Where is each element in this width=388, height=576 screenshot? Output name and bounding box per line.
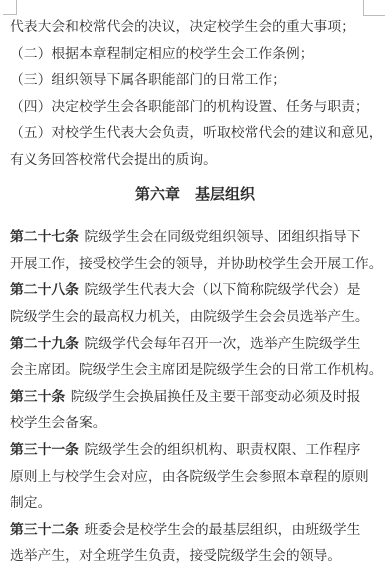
text-line: （四）决定校学生会各职能部门的机构设置、任务与职责；: [10, 94, 380, 121]
text-line: 第二十八条院级学生代表大会（以下简称院级学代会）是: [10, 277, 380, 304]
text-line: （三）组织领导下属各职能部门的日常工作；: [10, 67, 380, 94]
text-line: 原则上与校学生会对应，由各院级学生会参照本章程的原则: [10, 464, 380, 491]
text-line: 校学生会备案。: [10, 410, 380, 437]
article-text: 院级学生会在同级党组织领导、团组织指导下: [85, 229, 361, 244]
text-line: 第三十二条班委会是校学生会的最基层组织，由班级学生: [10, 517, 380, 544]
article-number-label: 第二十九条: [10, 336, 79, 351]
text-line: 第三十条院级学生会换届换任及主要干部变动必须及时报: [10, 384, 380, 411]
article-number-label: 第二十八条: [10, 282, 79, 297]
article-number-label: 第三十二条: [10, 522, 79, 537]
article-text: 院级学代会每年召开一次，选举产生院级学生: [85, 336, 361, 351]
document-page: 代表大会和校常代会的决议，决定校学生会的重大事项； （二）根据本章程制定相应的校…: [0, 0, 388, 576]
text-line: 开展工作，接受校学生会的领导，并协助校学生会开展工作。: [10, 251, 380, 278]
article-text: 院级学生代表大会（以下简称院级学代会）是: [85, 282, 361, 297]
text-line: （二）根据本章程制定相应的校学生会工作条例；: [10, 41, 380, 68]
text-line: 会主席团。院级学生会主席团是院级学生会的日常工作机构。: [10, 357, 380, 384]
article-text: 院级学生会的组织机构、职责权限、工作程序: [85, 442, 361, 457]
text-line: 第二十九条院级学代会每年召开一次，选举产生院级学生: [10, 331, 380, 358]
text-line: 第二十七条院级学生会在同级党组织领导、团组织指导下: [10, 224, 380, 251]
article-text: 院级学生会换届换任及主要干部变动必须及时报: [71, 389, 361, 404]
text-line: 制定。: [10, 490, 380, 517]
text-line: 有义务回答校常代会提出的质询。: [10, 147, 380, 174]
article-number-label: 第三十条: [10, 389, 65, 404]
text-line: 代表大会和校常代会的决议，决定校学生会的重大事项；: [10, 14, 380, 41]
margin-crop-mark-top-left: [3, 0, 17, 15]
article-number-label: 第三十一条: [10, 442, 79, 457]
text-line: （五）对校学生代表大会负责，听取校常代会的建议和意见，: [10, 120, 380, 147]
article-number-label: 第二十七条: [10, 229, 79, 244]
text-line: 院级学生会的最高权力机关，由院级学生会会员选举产生。: [10, 304, 380, 331]
chapter-heading: 第六章 基层组织: [10, 182, 380, 209]
document-text-block: 代表大会和校常代会的决议，决定校学生会的重大事项； （二）根据本章程制定相应的校…: [10, 14, 380, 570]
article-text: 班委会是校学生会的最基层组织，由班级学生: [85, 522, 361, 537]
text-line: 第三十一条院级学生会的组织机构、职责权限、工作程序: [10, 437, 380, 464]
text-line: 选举产生，对全班学生负责，接受院级学生会的领导。: [10, 543, 380, 570]
